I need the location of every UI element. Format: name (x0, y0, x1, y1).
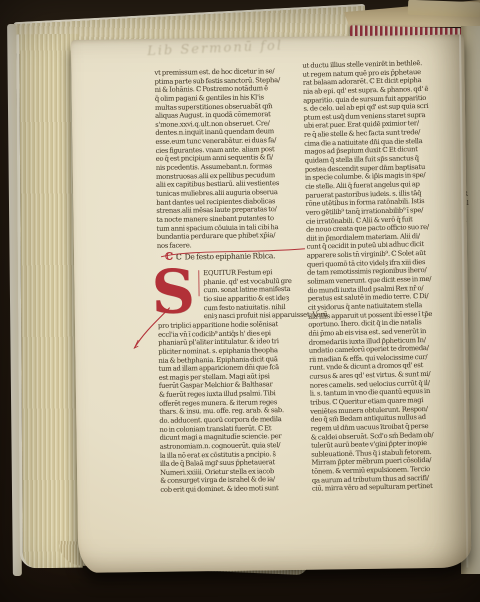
paragraph-sequitur-epiphany: S EQUITUR Festum epiphanie. qd' est voca… (157, 268, 308, 495)
text-column-right: ut ductu illius stelle venirēt in bethle… (302, 58, 468, 493)
ghost-inscription: Lib Sermonū fol (147, 35, 377, 60)
text-column-left: vt premissum est. de hoc dicetur in se/p… (154, 67, 308, 495)
book-cover-flap (408, 0, 480, 17)
book-page: Lib Sermonū fol vt premissum est. de hoc… (71, 35, 471, 573)
dropcap-flourish (132, 306, 175, 351)
rubric-flourish (159, 246, 309, 258)
paragraph-sequitur-body: eniȝ nasci profuit nisi apparuisset. Ver… (158, 311, 309, 495)
paragraph-kalends-superstitions: vt premissum est. de hoc dicetur in se/p… (154, 67, 305, 251)
text-line: cob erit qui dominet. & ideo moti sunt (160, 484, 308, 495)
photo-of-open-incunabulum: Ralcdrfsp Lib Sermonū fol vt premissum e… (0, 0, 480, 602)
